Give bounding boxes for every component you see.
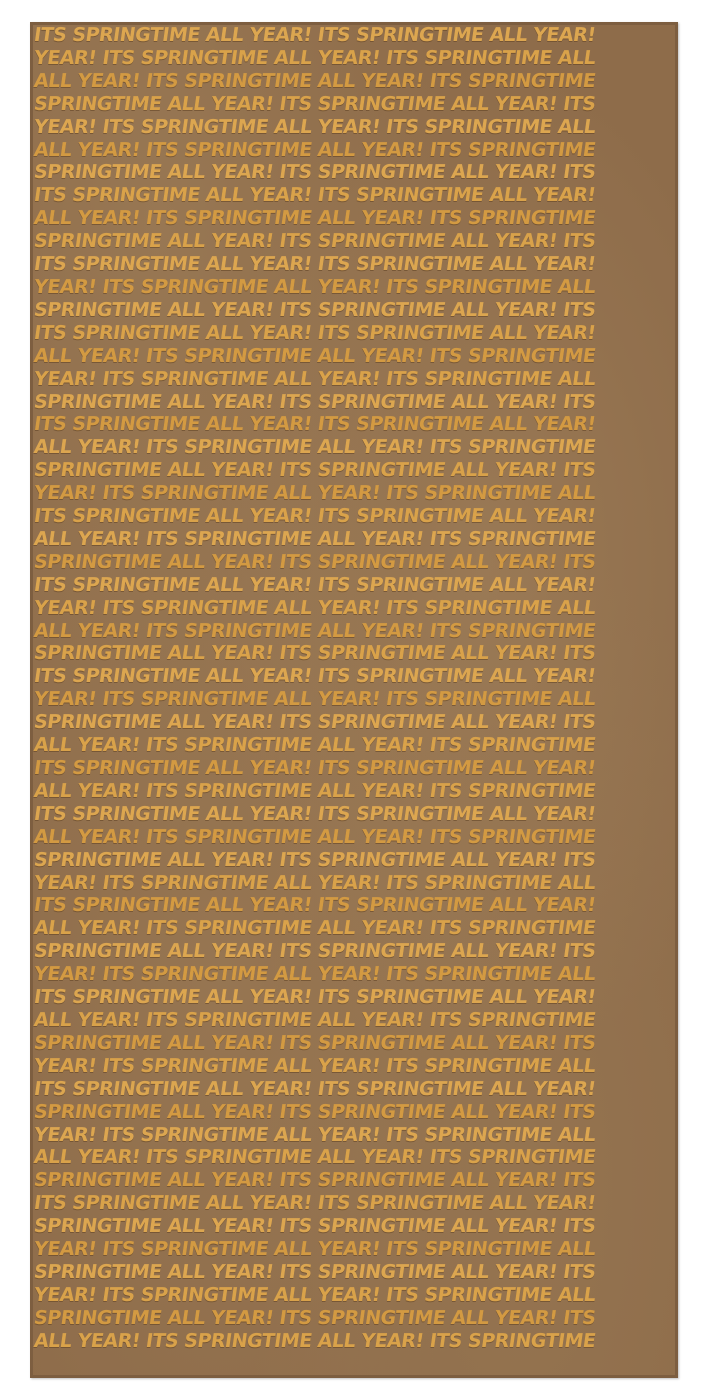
text-row: YEAR! ITS SPRINGTIME ALL YEAR! ITS SPRIN… bbox=[32, 963, 678, 986]
text-row: SPRINGTIME ALL YEAR! ITS SPRINGTIME ALL … bbox=[32, 642, 678, 665]
text-row: ALL YEAR! ITS SPRINGTIME ALL YEAR! ITS S… bbox=[32, 826, 678, 849]
text-row: ITS SPRINGTIME ALL YEAR! ITS SPRINGTIME … bbox=[32, 322, 678, 345]
text-row: ITS SPRINGTIME ALL YEAR! ITS SPRINGTIME … bbox=[32, 253, 678, 276]
text-row: SPRINGTIME ALL YEAR! ITS SPRINGTIME ALL … bbox=[32, 551, 678, 574]
text-row: ITS SPRINGTIME ALL YEAR! ITS SPRINGTIME … bbox=[32, 574, 678, 597]
text-row: SPRINGTIME ALL YEAR! ITS SPRINGTIME ALL … bbox=[32, 1032, 678, 1055]
text-row: YEAR! ITS SPRINGTIME ALL YEAR! ITS SPRIN… bbox=[32, 116, 678, 139]
text-row: SPRINGTIME ALL YEAR! ITS SPRINGTIME ALL … bbox=[32, 161, 678, 184]
text-row: SPRINGTIME ALL YEAR! ITS SPRINGTIME ALL … bbox=[32, 1307, 678, 1330]
text-row: ALL YEAR! ITS SPRINGTIME ALL YEAR! ITS S… bbox=[32, 345, 678, 368]
text-row: ALL YEAR! ITS SPRINGTIME ALL YEAR! ITS S… bbox=[32, 207, 678, 230]
rug: ITS SPRINGTIME ALL YEAR! ITS SPRINGTIME … bbox=[30, 22, 678, 1378]
text-row: ITS SPRINGTIME ALL YEAR! ITS SPRINGTIME … bbox=[32, 986, 678, 1009]
text-row: YEAR! ITS SPRINGTIME ALL YEAR! ITS SPRIN… bbox=[32, 1124, 678, 1147]
text-row: YEAR! ITS SPRINGTIME ALL YEAR! ITS SPRIN… bbox=[32, 368, 678, 391]
text-row: ALL YEAR! ITS SPRINGTIME ALL YEAR! ITS S… bbox=[32, 1330, 678, 1353]
text-row: ALL YEAR! ITS SPRINGTIME ALL YEAR! ITS S… bbox=[32, 528, 678, 551]
text-row: YEAR! ITS SPRINGTIME ALL YEAR! ITS SPRIN… bbox=[32, 276, 678, 299]
text-row: SPRINGTIME ALL YEAR! ITS SPRINGTIME ALL … bbox=[32, 230, 678, 253]
text-row: YEAR! ITS SPRINGTIME ALL YEAR! ITS SPRIN… bbox=[32, 597, 678, 620]
text-row: YEAR! ITS SPRINGTIME ALL YEAR! ITS SPRIN… bbox=[32, 1055, 678, 1078]
text-row: ITS SPRINGTIME ALL YEAR! ITS SPRINGTIME … bbox=[32, 803, 678, 826]
text-row: ITS SPRINGTIME ALL YEAR! ITS SPRINGTIME … bbox=[32, 894, 678, 917]
text-row: ALL YEAR! ITS SPRINGTIME ALL YEAR! ITS S… bbox=[32, 436, 678, 459]
text-row: YEAR! ITS SPRINGTIME ALL YEAR! ITS SPRIN… bbox=[32, 47, 678, 70]
text-row: SPRINGTIME ALL YEAR! ITS SPRINGTIME ALL … bbox=[32, 1169, 678, 1192]
text-row: SPRINGTIME ALL YEAR! ITS SPRINGTIME ALL … bbox=[32, 391, 678, 414]
text-row: ITS SPRINGTIME ALL YEAR! ITS SPRINGTIME … bbox=[32, 1192, 678, 1215]
text-row: ALL YEAR! ITS SPRINGTIME ALL YEAR! ITS S… bbox=[32, 1009, 678, 1032]
text-row: SPRINGTIME ALL YEAR! ITS SPRINGTIME ALL … bbox=[32, 299, 678, 322]
text-row: ALL YEAR! ITS SPRINGTIME ALL YEAR! ITS S… bbox=[32, 734, 678, 757]
text-row: SPRINGTIME ALL YEAR! ITS SPRINGTIME ALL … bbox=[32, 1101, 678, 1124]
text-row: SPRINGTIME ALL YEAR! ITS SPRINGTIME ALL … bbox=[32, 93, 678, 116]
text-row: ALL YEAR! ITS SPRINGTIME ALL YEAR! ITS S… bbox=[32, 1146, 678, 1169]
text-row: YEAR! ITS SPRINGTIME ALL YEAR! ITS SPRIN… bbox=[32, 688, 678, 711]
text-row: ITS SPRINGTIME ALL YEAR! ITS SPRINGTIME … bbox=[32, 184, 678, 207]
text-row: ITS SPRINGTIME ALL YEAR! ITS SPRINGTIME … bbox=[32, 757, 678, 780]
text-row: SPRINGTIME ALL YEAR! ITS SPRINGTIME ALL … bbox=[32, 459, 678, 482]
text-row: ITS SPRINGTIME ALL YEAR! ITS SPRINGTIME … bbox=[32, 24, 678, 47]
text-row: ALL YEAR! ITS SPRINGTIME ALL YEAR! ITS S… bbox=[32, 917, 678, 940]
text-row: YEAR! ITS SPRINGTIME ALL YEAR! ITS SPRIN… bbox=[32, 872, 678, 895]
rug-text-pattern: ITS SPRINGTIME ALL YEAR! ITS SPRINGTIME … bbox=[34, 24, 678, 1378]
text-row: ALL YEAR! ITS SPRINGTIME ALL YEAR! ITS S… bbox=[32, 620, 678, 643]
text-row: SPRINGTIME ALL YEAR! ITS SPRINGTIME ALL … bbox=[32, 849, 678, 872]
text-row: ITS SPRINGTIME ALL YEAR! ITS SPRINGTIME … bbox=[32, 413, 678, 436]
text-row: SPRINGTIME ALL YEAR! ITS SPRINGTIME ALL … bbox=[32, 940, 678, 963]
text-row: SPRINGTIME ALL YEAR! ITS SPRINGTIME ALL … bbox=[32, 711, 678, 734]
text-row: YEAR! ITS SPRINGTIME ALL YEAR! ITS SPRIN… bbox=[32, 1238, 678, 1261]
text-row: ALL YEAR! ITS SPRINGTIME ALL YEAR! ITS S… bbox=[32, 780, 678, 803]
text-row: ALL YEAR! ITS SPRINGTIME ALL YEAR! ITS S… bbox=[32, 139, 678, 162]
text-row: ALL YEAR! ITS SPRINGTIME ALL YEAR! ITS S… bbox=[32, 70, 678, 93]
text-row: ITS SPRINGTIME ALL YEAR! ITS SPRINGTIME … bbox=[32, 1078, 678, 1101]
text-row: YEAR! ITS SPRINGTIME ALL YEAR! ITS SPRIN… bbox=[32, 1284, 678, 1307]
text-row: YEAR! ITS SPRINGTIME ALL YEAR! ITS SPRIN… bbox=[32, 482, 678, 505]
text-row: SPRINGTIME ALL YEAR! ITS SPRINGTIME ALL … bbox=[32, 1261, 678, 1284]
text-row: SPRINGTIME ALL YEAR! ITS SPRINGTIME ALL … bbox=[32, 1215, 678, 1238]
text-row: ITS SPRINGTIME ALL YEAR! ITS SPRINGTIME … bbox=[32, 505, 678, 528]
text-row: ITS SPRINGTIME ALL YEAR! ITS SPRINGTIME … bbox=[32, 665, 678, 688]
